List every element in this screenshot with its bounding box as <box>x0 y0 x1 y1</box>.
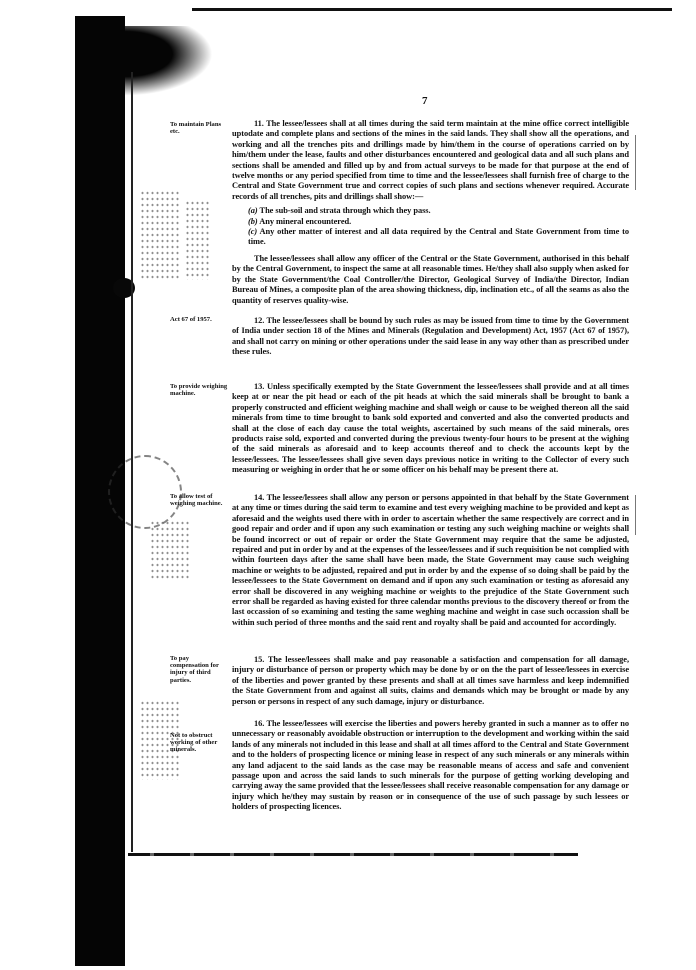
item-text: Any mineral encountered. <box>259 217 351 226</box>
clause-11-item-a: (a) The sub-soil and strata through whic… <box>232 206 629 216</box>
margin-note-not-obstruct: Not to obstruct working of other mineral… <box>170 732 228 754</box>
clause-11-text: 11. The lessee/lessees shall at all time… <box>232 119 629 202</box>
clause-16: 16. The lessee/lessees will exercise the… <box>232 719 629 813</box>
margin-note-compensation: To pay compensation for injury of third … <box>170 655 228 684</box>
clause-13-text: 13. Unless specifically exempted by the … <box>232 382 629 476</box>
clause-11-item-c: (c) Any other matter of interest and all… <box>232 227 629 248</box>
scan-noise <box>150 520 190 580</box>
margin-note-maintain-plans: To maintain Plans etc. <box>170 121 228 135</box>
clause-11: 11. The lessee/lessees shall at all time… <box>232 119 629 306</box>
top-border-line <box>192 8 672 11</box>
item-text: Any other matter of interest and all dat… <box>248 227 629 246</box>
item-label: (a) <box>248 206 258 215</box>
clause-12-text: 12. The lessee/lessees shall be bound by… <box>232 316 629 358</box>
item-text: The sub-soil and strata through which th… <box>260 206 431 215</box>
page-number: 7 <box>422 95 428 107</box>
item-label: (b) <box>248 217 258 226</box>
right-margin-mark <box>635 135 636 190</box>
clause-14: 14. The lessee/lessees shall allow any p… <box>232 493 629 628</box>
margin-note-act-reference: Act 67 of 1957. <box>170 316 228 323</box>
clause-11-continuation: The lessee/lessees shall allow any offic… <box>232 254 629 306</box>
clause-11-item-b: (b) Any mineral encountered. <box>232 217 629 227</box>
scan-noise <box>140 190 180 280</box>
clause-13: 13. Unless specifically exempted by the … <box>232 382 629 476</box>
bottom-border-line <box>128 853 578 856</box>
clause-16-text: 16. The lessee/lessees will exercise the… <box>232 719 629 813</box>
clause-15-text: 15. The lessee/lessees shall make and pa… <box>232 655 629 707</box>
item-label: (c) <box>248 227 257 236</box>
official-stamp <box>108 455 182 529</box>
clause-14-text: 14. The lessee/lessees shall allow any p… <box>232 493 629 628</box>
scan-noise <box>185 200 210 280</box>
clause-12: 12. The lessee/lessees shall be bound by… <box>232 316 629 358</box>
right-margin-mark <box>635 495 636 535</box>
margin-note-weighing-machine: To provide weighing machine. <box>170 383 228 397</box>
clause-15: 15. The lessee/lessees shall make and pa… <box>232 655 629 707</box>
margin-note-test-weighing: To allow test of weighing machine. <box>170 493 228 507</box>
